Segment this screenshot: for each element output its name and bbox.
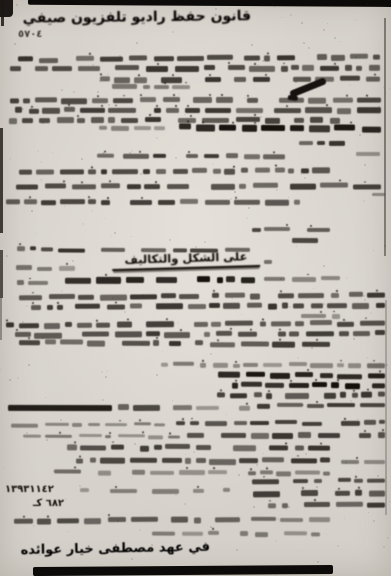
word-blob xyxy=(179,470,205,475)
paper-noise-speck xyxy=(285,87,286,88)
diacritic-dot xyxy=(47,516,49,518)
scan-edge-top-bar xyxy=(28,0,391,7)
word-blob xyxy=(208,470,227,474)
word-blob xyxy=(154,127,165,131)
word-blob xyxy=(367,363,385,368)
word-blob xyxy=(318,433,340,438)
word-blob xyxy=(367,293,385,298)
paper-noise-speck xyxy=(33,525,35,527)
diacritic-dot xyxy=(353,389,355,391)
word-blob xyxy=(357,107,381,113)
diacritic-dot xyxy=(344,418,346,420)
word-blob xyxy=(39,58,58,63)
word-blob xyxy=(195,340,203,345)
word-blob xyxy=(324,393,336,399)
word-blob xyxy=(252,479,279,484)
paper-noise-speck xyxy=(298,551,299,552)
word-blob xyxy=(369,65,380,71)
word-blob xyxy=(239,458,258,463)
paper-noise-speck xyxy=(220,371,222,373)
diacritic-dot xyxy=(267,52,269,54)
illegible-text-line xyxy=(95,153,285,164)
word-blob xyxy=(223,488,230,492)
paper-noise-speck xyxy=(275,540,277,542)
diacritic-dot xyxy=(350,122,352,124)
paper-noise-speck xyxy=(99,80,101,82)
word-blob xyxy=(269,446,288,451)
paper-noise-speck xyxy=(281,17,282,18)
word-blob xyxy=(134,126,151,130)
word-blob xyxy=(299,141,313,145)
paper-noise-speck xyxy=(218,392,220,394)
word-blob xyxy=(332,314,340,319)
paper-noise-speck xyxy=(28,360,29,361)
word-blob xyxy=(272,342,295,348)
paper-noise-speck xyxy=(364,299,366,301)
word-blob xyxy=(90,457,96,462)
word-blob xyxy=(345,65,352,71)
word-blob xyxy=(44,323,60,329)
word-blob xyxy=(317,54,327,60)
word-blob xyxy=(45,423,69,426)
signature-line: في عهد مصطفى خيار عوائده xyxy=(60,540,210,558)
diacritic-dot xyxy=(307,369,309,371)
paper-noise-speck xyxy=(337,494,339,496)
paper-noise-speck xyxy=(112,297,114,299)
paper-noise-speck xyxy=(121,348,122,349)
diacritic-dot xyxy=(138,75,140,77)
word-blob xyxy=(281,66,288,72)
word-blob xyxy=(331,382,339,388)
diacritic-dot xyxy=(373,360,375,362)
word-blob xyxy=(65,322,72,327)
paper-noise-speck xyxy=(366,3,368,5)
paper-noise-speck xyxy=(253,506,255,508)
illegible-text-line xyxy=(8,265,75,275)
word-blob xyxy=(167,184,189,189)
word-blob xyxy=(219,125,236,131)
word-blob xyxy=(173,405,192,410)
word-blob xyxy=(140,97,156,102)
paper-noise-speck xyxy=(185,454,186,455)
word-blob xyxy=(266,393,272,399)
diacritic-dot xyxy=(265,74,267,76)
word-blob xyxy=(357,98,381,103)
word-blob xyxy=(333,97,353,102)
illegible-text-line xyxy=(252,502,385,514)
diacritic-dot xyxy=(279,329,281,331)
diacritic-dot xyxy=(115,105,117,107)
word-blob xyxy=(72,184,96,189)
paper-noise-speck xyxy=(184,503,186,505)
word-blob xyxy=(360,320,385,325)
word-blob xyxy=(99,125,107,129)
paper-noise-speck xyxy=(134,443,136,445)
word-blob xyxy=(314,479,322,483)
word-blob xyxy=(127,184,141,189)
diacritic-dot xyxy=(254,63,256,65)
word-blob xyxy=(293,479,308,483)
word-blob xyxy=(112,84,137,89)
word-blob xyxy=(111,444,124,449)
word-blob xyxy=(123,154,149,159)
diacritic-dot xyxy=(209,94,211,96)
illegible-text-line xyxy=(262,276,340,286)
diacritic-dot xyxy=(280,290,282,292)
diacritic-dot xyxy=(185,82,187,84)
word-blob xyxy=(337,374,362,379)
word-blob xyxy=(298,293,324,298)
word-blob xyxy=(369,490,385,496)
word-blob xyxy=(72,423,82,427)
word-blob xyxy=(23,99,30,104)
word-blob xyxy=(156,304,183,310)
diacritic-dot xyxy=(247,95,249,97)
paper-noise-speck xyxy=(372,194,374,196)
word-blob xyxy=(52,66,72,71)
diacritic-dot xyxy=(157,63,159,65)
word-blob xyxy=(205,421,227,426)
word-blob xyxy=(271,321,291,326)
word-blob xyxy=(154,85,169,89)
paper-noise-speck xyxy=(39,554,41,556)
word-blob xyxy=(330,118,340,124)
paper-noise-speck xyxy=(141,273,142,274)
paper-noise-speck xyxy=(348,277,349,278)
paper-noise-speck xyxy=(102,152,104,154)
word-blob xyxy=(275,168,285,173)
illegible-text-line xyxy=(5,199,300,211)
word-blob xyxy=(364,460,385,464)
paper-noise-speck xyxy=(64,206,65,207)
word-blob xyxy=(278,293,294,298)
diacritic-dot xyxy=(115,486,117,488)
paper-noise-speck xyxy=(37,150,39,152)
word-blob xyxy=(352,303,369,309)
diacritic-dot xyxy=(232,122,234,124)
word-blob xyxy=(194,517,201,523)
word-blob xyxy=(140,445,149,451)
word-blob xyxy=(24,199,37,204)
word-blob xyxy=(75,304,100,309)
word-blob xyxy=(264,259,272,263)
paper-noise-speck xyxy=(243,436,245,438)
word-blob xyxy=(230,393,247,398)
word-blob xyxy=(225,293,245,298)
illegible-text-line xyxy=(5,516,240,529)
paper-noise-speck xyxy=(297,357,299,359)
word-blob xyxy=(236,117,260,122)
word-blob xyxy=(146,322,174,328)
word-blob xyxy=(355,490,362,496)
word-blob xyxy=(352,392,358,397)
paper-noise-speck xyxy=(175,299,177,301)
word-blob xyxy=(126,277,144,283)
paper-noise-speck xyxy=(42,122,44,124)
paper-noise-speck xyxy=(238,474,240,476)
word-blob xyxy=(143,85,150,89)
paper-noise-speck xyxy=(73,91,75,93)
word-blob xyxy=(84,518,101,524)
word-blob xyxy=(264,227,290,231)
reference-digits: ١٣٩٣١١٤٢ xyxy=(5,484,54,495)
word-blob xyxy=(291,458,317,463)
paper-noise-speck xyxy=(92,64,94,66)
diacritic-dot xyxy=(374,74,376,76)
diacritic-dot xyxy=(89,53,91,55)
paper-noise-speck xyxy=(384,245,386,247)
word-blob xyxy=(108,117,115,123)
word-blob xyxy=(263,362,282,366)
word-blob xyxy=(208,531,219,535)
illegible-text-line xyxy=(298,140,345,150)
word-blob xyxy=(234,200,260,205)
paper-noise-speck xyxy=(31,210,33,212)
word-blob xyxy=(97,153,114,157)
word-blob xyxy=(37,518,51,524)
word-blob xyxy=(353,331,370,336)
paper-noise-speck xyxy=(29,188,31,190)
paper-noise-speck xyxy=(105,79,107,81)
word-blob xyxy=(239,406,250,411)
word-blob xyxy=(80,445,106,450)
word-blob xyxy=(204,154,219,158)
word-blob xyxy=(320,183,348,188)
word-blob xyxy=(356,65,362,70)
diacritic-dot xyxy=(97,95,99,97)
word-blob xyxy=(9,118,17,124)
paper-noise-speck xyxy=(107,73,109,75)
paper-noise-speck xyxy=(386,364,388,366)
paper-noise-speck xyxy=(139,529,141,531)
word-blob xyxy=(196,445,211,450)
word-blob xyxy=(60,340,83,345)
paper-noise-speck xyxy=(17,426,19,428)
paper-noise-speck xyxy=(124,311,126,313)
diacritic-dot xyxy=(119,420,121,422)
paper-noise-speck xyxy=(35,280,36,281)
diacritic-dot xyxy=(155,181,157,183)
word-blob xyxy=(165,444,190,449)
word-blob xyxy=(341,421,360,426)
word-blob xyxy=(156,169,166,174)
diacritic-dot xyxy=(156,105,158,107)
diacritic-dot xyxy=(269,500,271,502)
diacritic-dot xyxy=(19,243,21,245)
word-blob xyxy=(234,421,247,425)
diacritic-dot xyxy=(169,433,171,435)
paper-noise-speck xyxy=(101,371,103,373)
word-blob xyxy=(321,276,340,280)
paper-noise-speck xyxy=(296,555,297,556)
diacritic-dot xyxy=(262,318,264,320)
diacritic-dot xyxy=(290,380,292,382)
word-blob xyxy=(250,294,260,300)
paper-noise-speck xyxy=(127,345,128,346)
word-blob xyxy=(290,125,304,131)
paper-noise-speck xyxy=(16,4,18,6)
diacritic-dot xyxy=(172,75,174,77)
word-blob xyxy=(115,65,139,70)
word-blob xyxy=(10,66,21,71)
word-blob xyxy=(19,295,42,300)
scanned-page: قانون حفظ راديو تلفزيون صيفي ٥٧٠٤ على ال… xyxy=(0,0,391,576)
word-blob xyxy=(212,293,219,298)
word-blob xyxy=(361,392,372,398)
paper-noise-speck xyxy=(156,137,158,139)
word-blob xyxy=(186,154,198,158)
word-blob xyxy=(30,246,36,250)
word-blob xyxy=(107,304,125,309)
diacritic-dot xyxy=(235,197,237,199)
word-blob xyxy=(60,199,85,204)
paper-noise-speck xyxy=(355,19,356,20)
paper-noise-speck xyxy=(131,558,133,560)
illegible-text-line xyxy=(12,167,330,179)
diacritic-dot xyxy=(233,166,235,168)
illegible-text-line xyxy=(356,151,380,160)
illegible-text-line xyxy=(10,65,380,76)
paper-noise-speck xyxy=(316,486,318,488)
paper-noise-speck xyxy=(175,494,177,496)
word-blob xyxy=(204,65,215,70)
diacritic-dot xyxy=(320,311,322,313)
paper-noise-speck xyxy=(210,353,212,355)
word-blob xyxy=(367,503,385,508)
word-blob xyxy=(341,460,359,464)
word-blob xyxy=(10,98,19,103)
word-blob xyxy=(301,168,309,173)
diacritic-dot xyxy=(382,429,384,431)
paper-noise-speck xyxy=(131,236,132,237)
illegible-text-line xyxy=(255,403,385,413)
word-blob xyxy=(166,108,179,113)
word-blob xyxy=(247,303,262,308)
paper-noise-speck xyxy=(334,37,336,39)
word-blob xyxy=(293,304,304,309)
word-blob xyxy=(47,305,53,310)
paper-noise-speck xyxy=(88,98,90,100)
paper-noise-speck xyxy=(36,233,37,234)
paper-noise-speck xyxy=(85,186,86,187)
paper-noise-speck xyxy=(119,445,121,447)
paper-noise-speck xyxy=(301,22,303,24)
word-blob xyxy=(241,342,269,347)
word-blob xyxy=(98,471,111,476)
diacritic-dot xyxy=(337,379,339,381)
word-blob xyxy=(310,117,323,123)
word-blob xyxy=(264,276,285,280)
paper-noise-speck xyxy=(311,347,313,349)
diacritic-dot xyxy=(286,105,288,107)
diacritic-dot xyxy=(109,432,111,434)
word-blob xyxy=(77,118,85,123)
word-blob xyxy=(196,406,219,410)
paper-noise-speck xyxy=(337,545,339,547)
diacritic-dot xyxy=(100,74,102,76)
word-blob xyxy=(115,332,142,338)
word-blob xyxy=(57,518,79,523)
paper-noise-speck xyxy=(327,23,328,24)
paper-noise-speck xyxy=(349,84,351,86)
word-blob xyxy=(29,108,39,113)
word-blob xyxy=(305,107,332,113)
word-blob xyxy=(58,248,85,252)
word-blob xyxy=(82,332,109,337)
diacritic-dot xyxy=(187,105,189,107)
word-blob xyxy=(320,66,339,71)
diacritic-dot xyxy=(16,329,18,331)
word-blob xyxy=(224,169,235,175)
paper-noise-speck xyxy=(114,536,115,537)
paper-noise-speck xyxy=(0,369,1,370)
diacritic-dot xyxy=(74,467,76,469)
word-blob xyxy=(260,321,266,326)
illegible-text-line xyxy=(185,432,385,443)
diacritic-dot xyxy=(316,401,318,403)
word-blob xyxy=(23,434,41,437)
diacritic-dot xyxy=(250,469,252,471)
diacritic-dot xyxy=(141,197,143,199)
word-blob xyxy=(216,331,232,336)
word-blob xyxy=(45,340,56,345)
word-blob xyxy=(197,276,210,282)
word-blob xyxy=(223,303,240,309)
word-blob xyxy=(19,340,40,345)
paper-noise-speck xyxy=(266,466,267,467)
paper-noise-speck xyxy=(131,477,132,478)
illegible-text-line xyxy=(5,422,165,432)
word-blob xyxy=(270,373,290,379)
word-blob xyxy=(215,518,240,523)
word-blob xyxy=(210,342,235,347)
paper-noise-speck xyxy=(6,255,8,257)
paper-noise-speck xyxy=(79,485,81,487)
word-blob xyxy=(19,323,39,328)
word-blob xyxy=(162,458,182,463)
diacritic-dot xyxy=(365,318,367,320)
diacritic-dot xyxy=(112,441,114,443)
word-blob xyxy=(15,107,22,113)
paper-noise-speck xyxy=(288,197,289,198)
paper-noise-speck xyxy=(156,374,158,376)
paper-noise-speck xyxy=(383,87,384,88)
word-blob xyxy=(337,108,351,114)
word-blob xyxy=(54,470,81,474)
word-blob xyxy=(146,66,168,72)
diacritic-dot xyxy=(59,431,61,433)
diacritic-dot xyxy=(108,514,110,516)
word-blob xyxy=(260,471,273,475)
diacritic-dot xyxy=(140,94,142,96)
word-blob xyxy=(348,363,361,368)
paper-noise-speck xyxy=(131,150,133,152)
diacritic-dot xyxy=(175,105,177,107)
word-blob xyxy=(353,184,381,189)
word-blob xyxy=(378,432,385,438)
illegible-text-line xyxy=(8,182,381,194)
diacritic-dot xyxy=(263,476,265,478)
paper-noise-speck xyxy=(386,477,387,478)
paper-noise-speck xyxy=(108,104,110,106)
word-blob xyxy=(19,170,32,175)
word-blob xyxy=(6,200,20,205)
word-blob xyxy=(193,489,204,493)
word-blob xyxy=(276,472,291,477)
word-blob xyxy=(232,383,238,389)
word-blob xyxy=(152,532,175,536)
paper-noise-speck xyxy=(290,14,292,16)
